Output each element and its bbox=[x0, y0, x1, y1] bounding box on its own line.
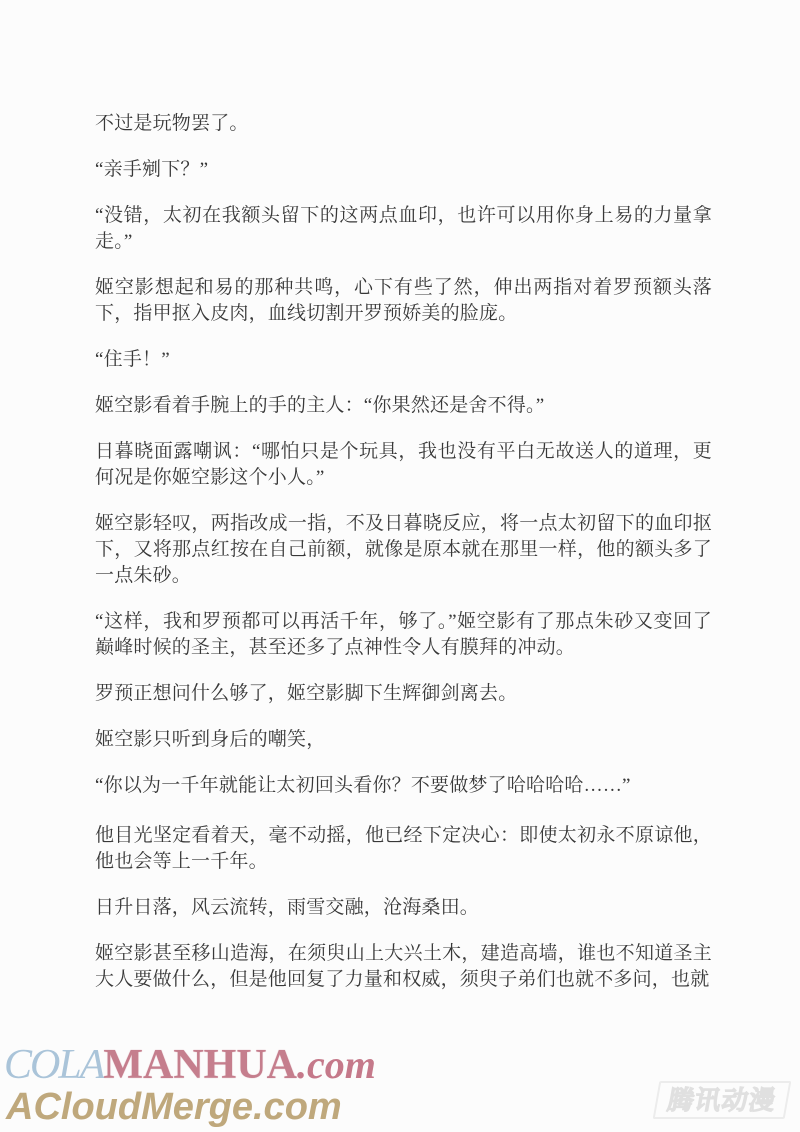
novel-paragraph: 姬空影轻叹，两指改成一指，不及日暮晓反应，将一点太初留下的血印抠下，又将那点红按… bbox=[95, 511, 712, 589]
novel-paragraph: 姬空影想起和易的那种共鸣，心下有些了然，伸出两指对着罗预额头落下，指甲抠入皮肉，… bbox=[95, 275, 712, 327]
novel-paragraph: 他目光坚定看着天，毫不动摇，他已经下定决心：即使太初永不原谅他，他也会等上一千年… bbox=[95, 823, 712, 875]
novel-paragraph: “你以为一千年就能让太初回头看你？不要做梦了哈哈哈哈……” bbox=[95, 773, 712, 799]
novel-paragraph: “这样，我和罗预都可以再活千年，够了。”姬空影有了那点朱砂又变回了巅峰时候的圣主… bbox=[95, 609, 712, 661]
novel-paragraph: 日升日落，风云流转，雨雪交融，沧海桑田。 bbox=[95, 895, 712, 921]
novel-paragraph: “住手！” bbox=[95, 347, 712, 373]
tencent-comics-logo: 腾讯动漫 bbox=[653, 1081, 792, 1119]
watermark-acloudmerge: ACloudMerge.com bbox=[6, 1086, 342, 1129]
novel-paragraph: 姬空影看着手腕上的手的主人：“你果然还是舍不得。” bbox=[95, 393, 712, 419]
novel-text-block: 不过是玩物罢了。 “亲手剜下？” “没错，太初在我额头留下的这两点血印，也许可以… bbox=[95, 111, 712, 1013]
novel-paragraph: 日暮晓面露嘲讽：“哪怕只是个玩具，我也没有平白无故送人的道理，更何况是你姬空影这… bbox=[95, 439, 712, 491]
novel-text-page: 不过是玩物罢了。 “亲手剜下？” “没错，太初在我额头留下的这两点血印，也许可以… bbox=[0, 0, 800, 1132]
watermark-cola-text: COLA bbox=[4, 1042, 103, 1088]
novel-paragraph: 姬空影甚至移山造海，在须臾山上大兴土木，建造高墙，谁也不知道圣主大人要做什么，但… bbox=[95, 941, 712, 993]
watermark-com-text: .com bbox=[297, 1042, 376, 1087]
novel-paragraph: 罗预正想问什么够了，姬空影脚下生辉御剑离去。 bbox=[95, 681, 712, 707]
novel-paragraph: 不过是玩物罢了。 bbox=[95, 111, 712, 137]
watermark-manhua-text: MANHUA bbox=[103, 1042, 297, 1088]
novel-paragraph: “没错，太初在我额头留下的这两点血印，也许可以用你身上易的力量拿走。” bbox=[95, 203, 712, 255]
novel-paragraph: 姬空影只听到身后的嘲笑， bbox=[95, 727, 712, 753]
novel-paragraph: “亲手剜下？” bbox=[95, 157, 712, 183]
